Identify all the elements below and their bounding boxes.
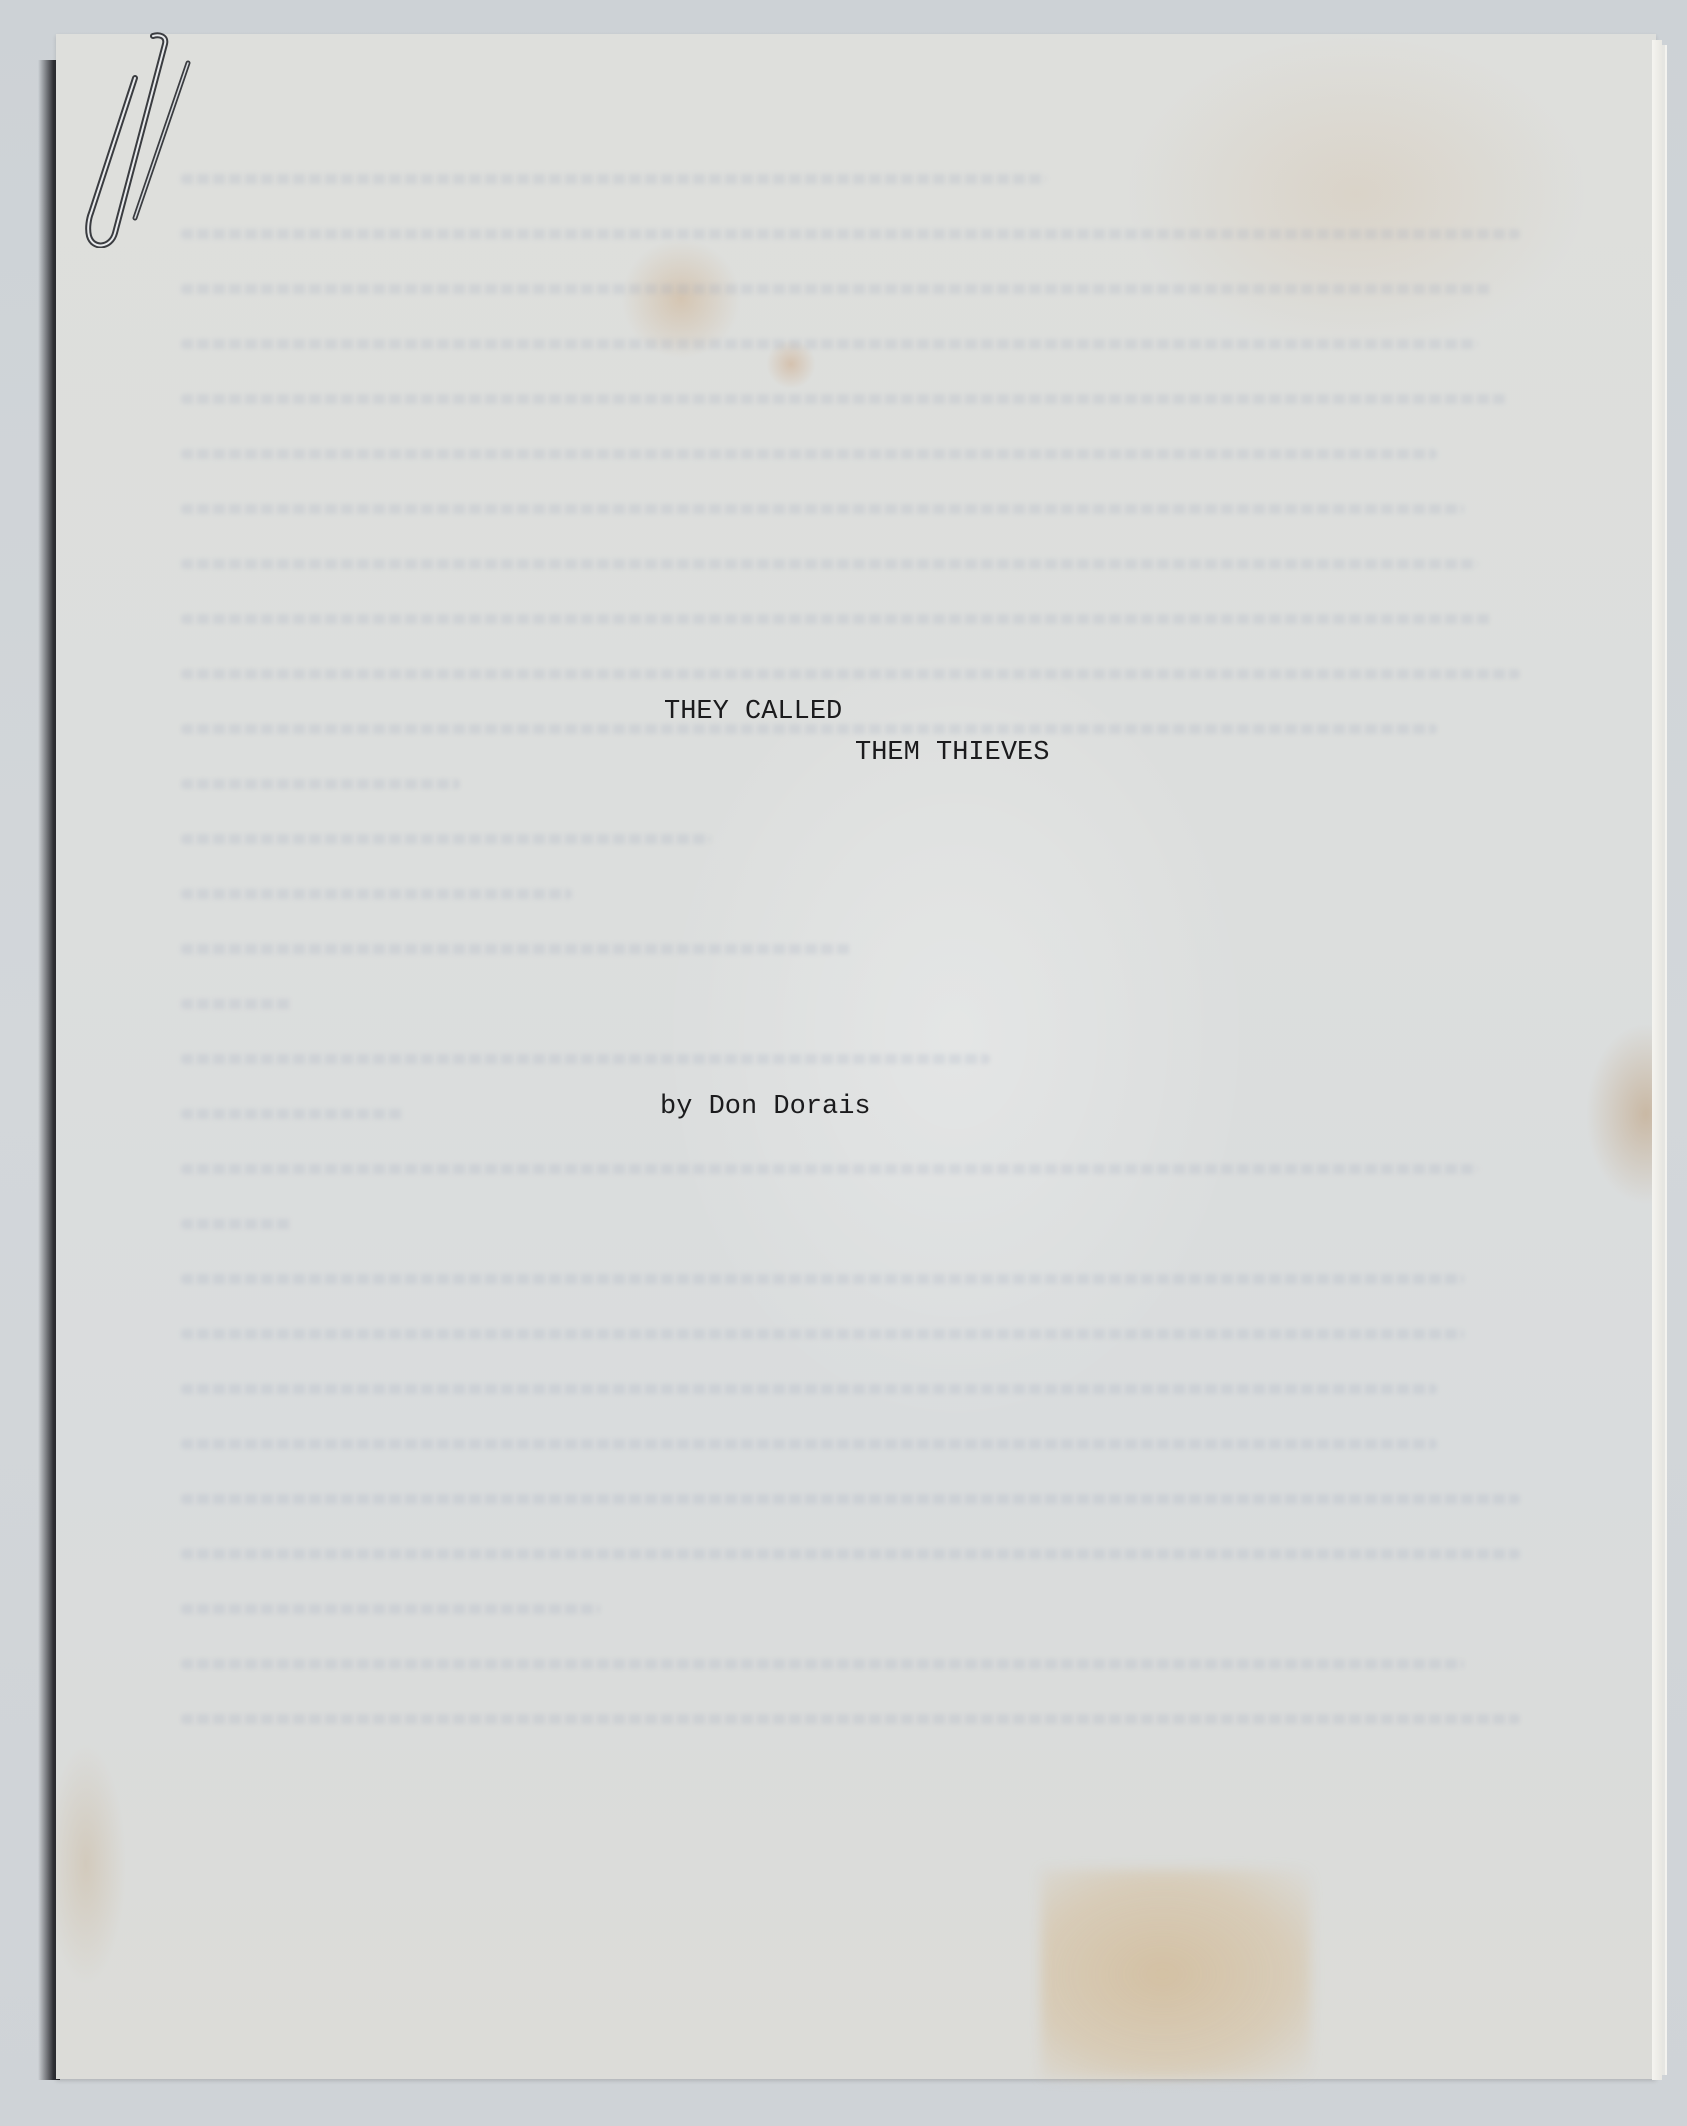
stain (1041, 1869, 1311, 2079)
byline: by Don Dorais (660, 1092, 871, 1122)
page-edge (1652, 40, 1662, 2080)
title-line-2: THEM THIEVES (855, 738, 1049, 768)
title-line-1: THEY CALLED (664, 697, 842, 727)
title-page (56, 34, 1656, 2079)
paperclip-icon (75, 18, 195, 248)
show-through-text (181, 174, 1576, 1974)
